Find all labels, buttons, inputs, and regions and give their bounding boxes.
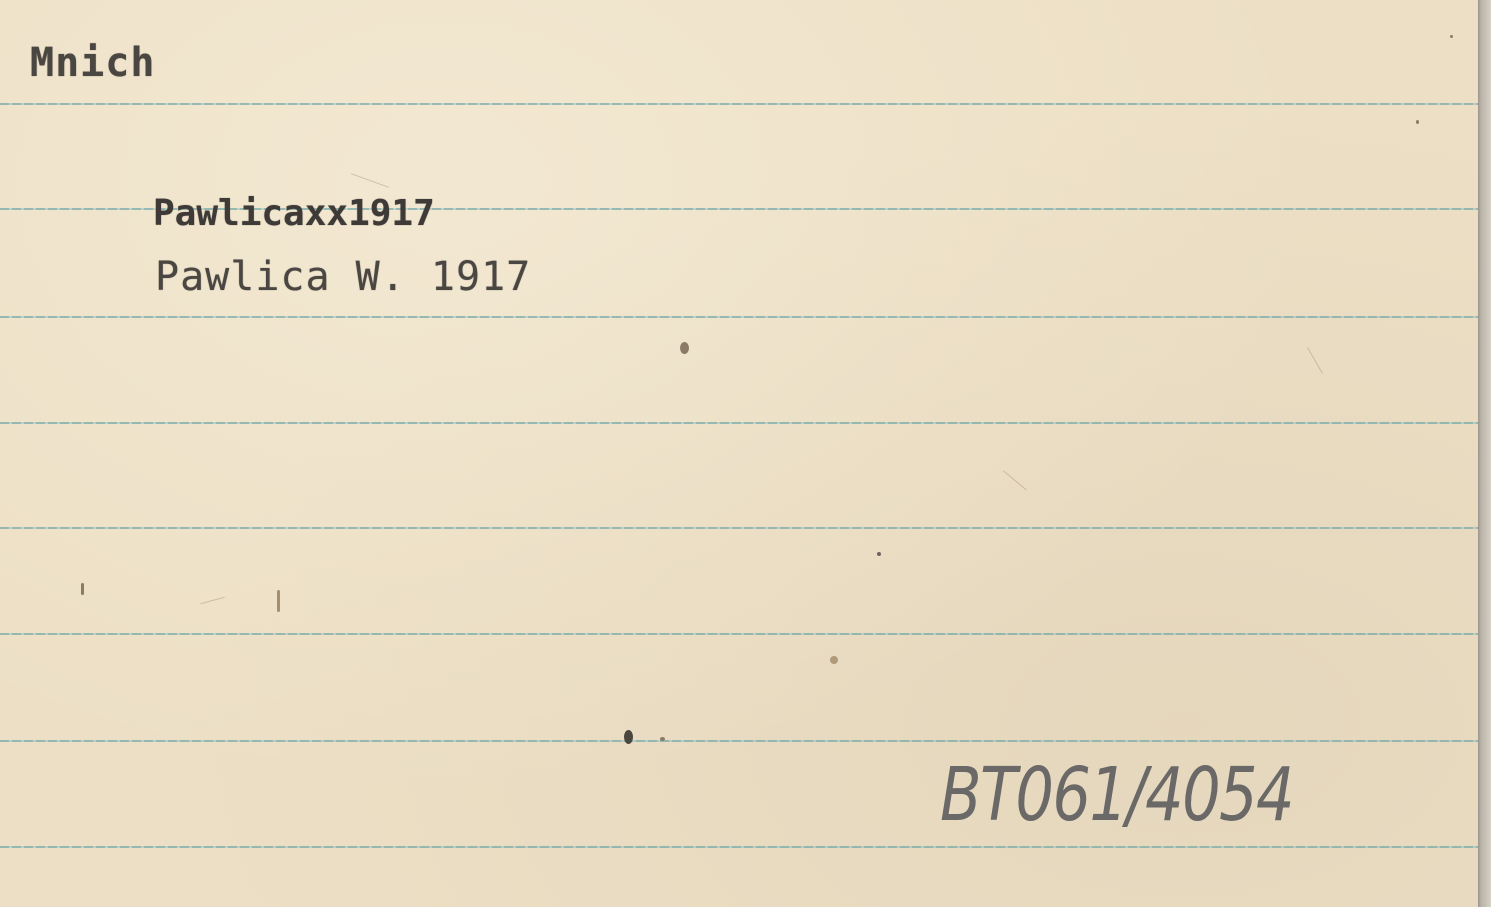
paper-speck xyxy=(1450,35,1453,38)
paper-speck xyxy=(624,730,633,744)
card-heading: Mnich xyxy=(30,40,155,86)
ruled-line xyxy=(0,740,1478,742)
ruled-line xyxy=(0,103,1478,105)
ruled-line xyxy=(0,316,1478,318)
card-edge xyxy=(1478,0,1491,907)
ruled-line xyxy=(0,422,1478,424)
ruled-line xyxy=(0,846,1478,848)
catalog-card: Mnich Pawlicaxx1917 Pawlica W. 1917 BT06… xyxy=(0,0,1478,907)
card-entry: Pawlica W. 1917 xyxy=(155,254,531,300)
struck-out-entry: Pawlicaxx1917 xyxy=(153,193,435,234)
ruled-line xyxy=(0,633,1478,635)
paper-speck xyxy=(877,552,881,556)
paper-speck xyxy=(680,342,689,354)
paper-fiber xyxy=(1003,470,1027,490)
paper-speck xyxy=(830,656,838,664)
paper-fiber xyxy=(200,597,224,604)
paper-speck xyxy=(1416,120,1419,124)
paper-speck xyxy=(660,737,665,741)
paper-fiber xyxy=(1307,347,1323,373)
paper-speck xyxy=(81,583,84,595)
ruled-line xyxy=(0,527,1478,529)
handwritten-call-number: BT061/4054 xyxy=(940,752,1293,838)
paper-fiber xyxy=(351,173,389,188)
paper-speck xyxy=(277,590,280,612)
